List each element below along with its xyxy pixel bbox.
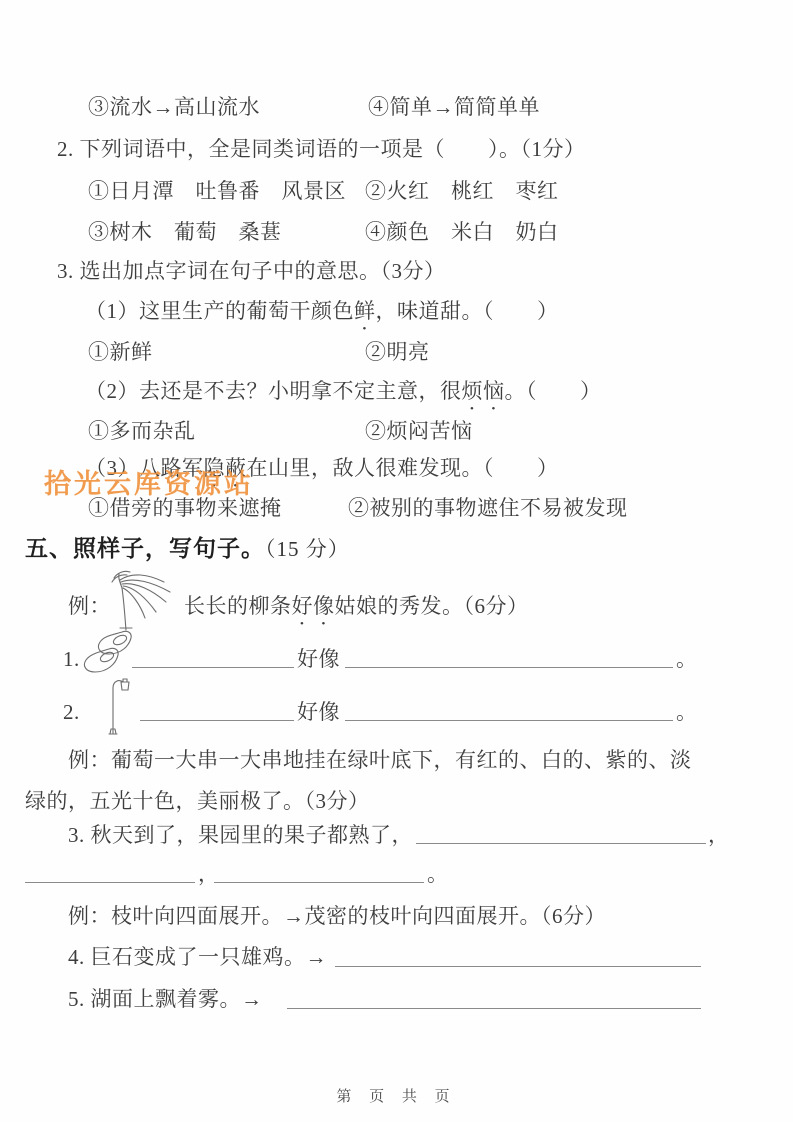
q3-sub3-option-1: ①借旁的事物来遮掩 (88, 493, 282, 523)
item2-blank-1 (140, 720, 294, 721)
q3-sub2-option-1: ①多而杂乱 (88, 416, 196, 446)
q3-sub2-option-2: ②烦闷苦恼 (365, 416, 473, 446)
q2-option-4: ④颜色 米白 奶白 (365, 217, 559, 247)
item3-blank-3 (214, 882, 424, 883)
example2-line1: 例：葡萄一大串一大串地挂在绿叶底下，有红的、白的、紫的、淡 (68, 745, 692, 775)
q2-option-3: ③树木 葡萄 桑葚 (88, 217, 282, 247)
item1-blank-2 (345, 667, 673, 668)
q3-sub1-option-2: ②明亮 (365, 337, 430, 367)
item4-text: 4. 巨石变成了一只雄鸡。→ (68, 942, 327, 972)
item3-blank-1 (416, 843, 706, 844)
emphasized-word: 好像 (292, 594, 335, 618)
q3-sub2-sentence: （2）去还是不去？小明拿不定主意，很烦恼。（ ） (85, 376, 602, 415)
q3-stem: 3. 选出加点字词在句子中的意思。（3分） (57, 256, 446, 286)
example3-text: 例：枝叶向四面展开。→茂密的枝叶向四面展开。（6分） (68, 901, 606, 931)
item3-comma-2: ， (198, 859, 220, 889)
emphasized-word: 鲜 (354, 299, 376, 323)
item1-number: 1. (63, 644, 80, 674)
item1-blank-1 (132, 667, 294, 668)
item4-blank (335, 966, 701, 967)
example1-sentence: 长长的柳条好像姑娘的秀发。（6分） (184, 591, 529, 630)
section5-score: （15 分） (265, 537, 350, 561)
q1-option-4: ④简单→简简单单 (368, 92, 540, 122)
street-lamp-image (104, 676, 140, 738)
item3-blank-2 (25, 882, 195, 883)
q2-option-2: ②火红 桃红 枣红 (365, 176, 559, 206)
q3-sub3-option-2: ②被别的事物遮住不易被发现 (348, 493, 628, 523)
item1-compare-word: 好像 (297, 644, 340, 674)
example2-line2: 绿的，五光十色，美丽极了。（3分） (25, 786, 370, 816)
section5-heading: 五、照样子，写句子。（15 分） (25, 533, 350, 564)
item5-text: 5. 湖面上飘着雾。→ (68, 984, 263, 1014)
item2-number: 2. (63, 697, 80, 727)
q2-option-1: ①日月潭 吐鲁番 风景区 (88, 176, 346, 206)
emphasized-word: 烦恼 (462, 379, 505, 403)
item2-period: 。 (676, 697, 698, 727)
item3-text: 3. 秋天到了，果园里的果子都熟了， (68, 820, 413, 850)
test-paper-page: ③流水→高山流水 ④简单→简简单单 2. 下列词语中，全是同类词语的一项是（ ）… (0, 0, 793, 1122)
item3-comma-1: ， (708, 820, 730, 850)
item3-period: 。 (427, 859, 449, 889)
item2-compare-word: 好像 (297, 697, 340, 727)
shoes-image (80, 626, 134, 678)
willow-image (98, 568, 176, 634)
item1-period: 。 (676, 644, 698, 674)
q2-stem: 2. 下列词语中，全是同类词语的一项是（ ）。（1分） (57, 134, 586, 164)
q3-sub1-sentence: （1）这里生产的葡萄干颜色鲜，味道甜。（ ） (85, 296, 559, 335)
q3-sub1-option-1: ①新鲜 (88, 337, 153, 367)
q1-option-3: ③流水→高山流水 (88, 92, 260, 122)
item5-blank (287, 1008, 701, 1009)
page-footer: 第 页 共 页 (0, 1085, 793, 1106)
item2-blank-2 (345, 720, 673, 721)
